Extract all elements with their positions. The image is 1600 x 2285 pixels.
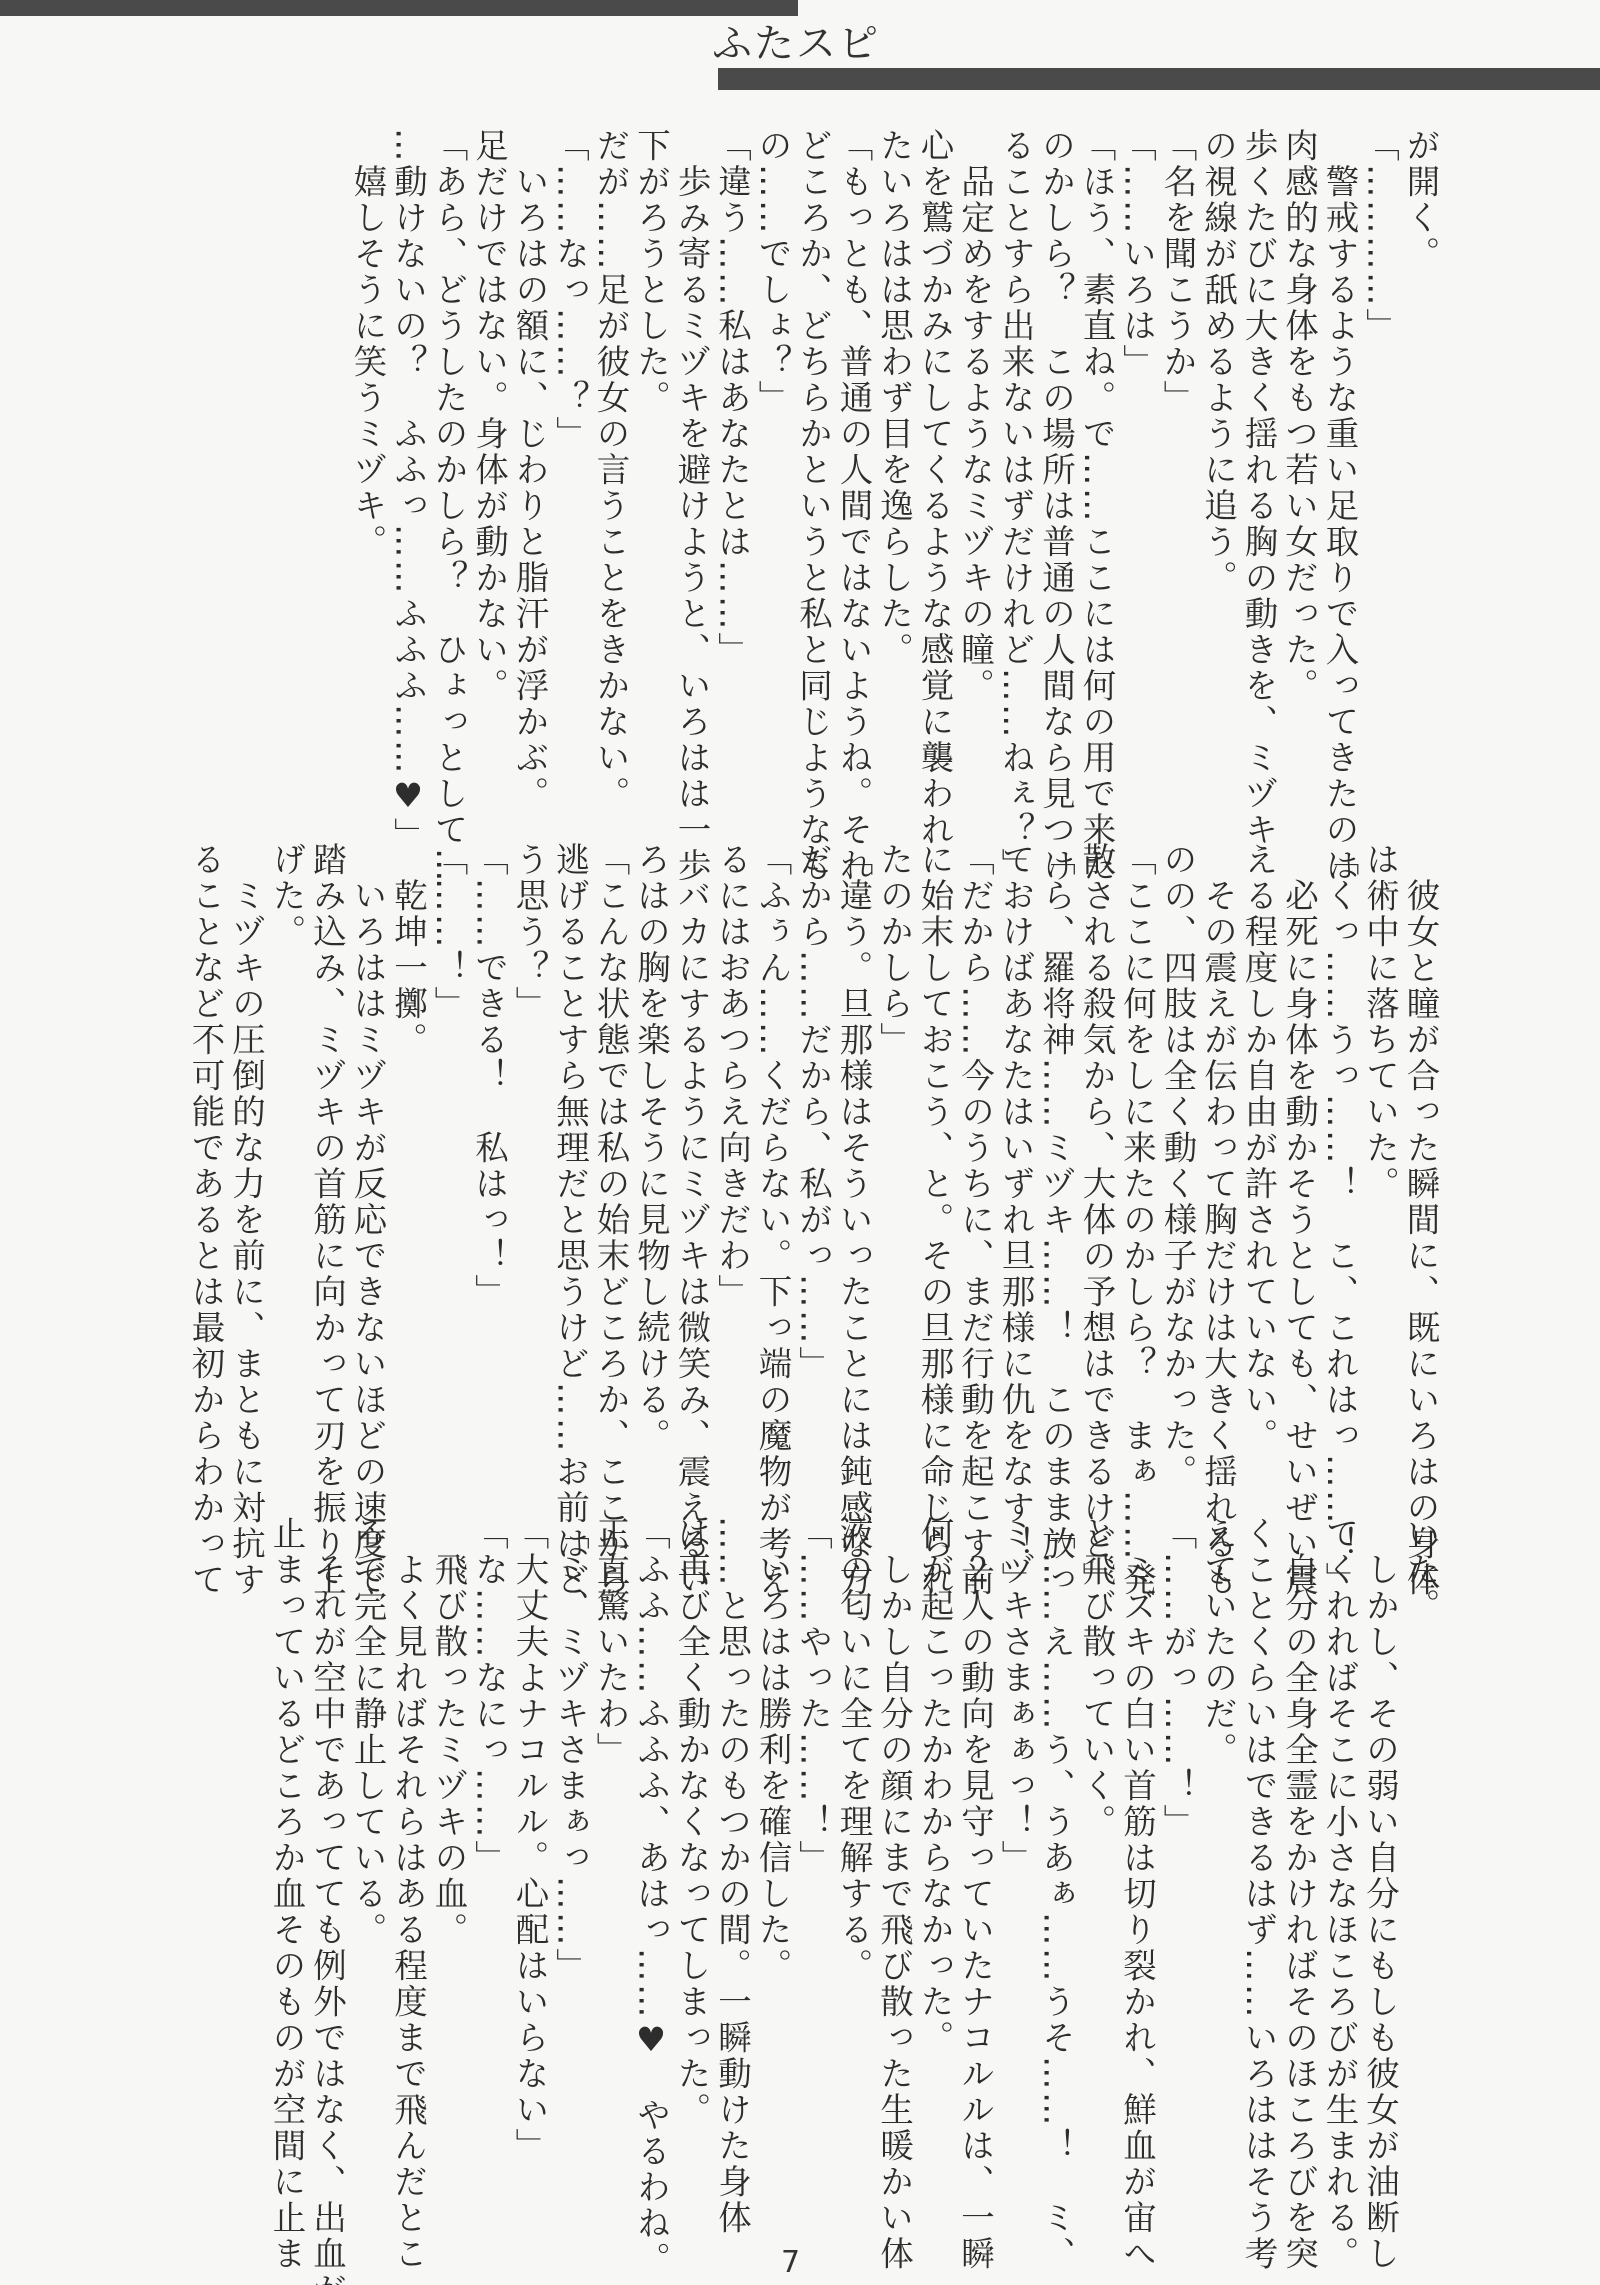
text-line: 彼女と瞳が合った瞬間に、既にいろはの身体 (1400, 842, 1441, 1462)
text-line: 「……できる！ 私はっ！」 (468, 842, 509, 1462)
text-line: と飛び散っていく。 (1076, 1516, 1117, 2136)
text-line: 警戒するような重い足取りで入ってきたのは (1319, 128, 1360, 788)
text-line: 止まっているどころか血そのものが空間に止ま (266, 1516, 307, 2136)
text-tier-middle: 彼女と瞳が合った瞬間に、既にいろはの身体は術中に落ちていた。「くっ……うっ……！… (185, 842, 1441, 1462)
text-line: 「…………」 (1359, 128, 1400, 788)
text-line: いろはは勝利を確信した。 (752, 1516, 793, 2136)
text-line: ミズキの白い首筋は切り裂かれ、鮮血が宙へ (1116, 1516, 1157, 2136)
text-line: 飛び散ったミヅキの血。 (428, 1516, 469, 2136)
text-line: の視線が舐めるように追う。 (1197, 128, 1238, 788)
text-line: その震えが伝わって胸だけは大きく揺れるも (1197, 842, 1238, 1462)
text-line: だから……だから、私がっ……」 (792, 842, 833, 1462)
text-line: 正直驚いたわ」 (590, 1516, 631, 2136)
text-line: に始末しておこう、と。その旦那様に命じられ (914, 842, 955, 1462)
text-line: バカにするようにミヅキは微笑み、震えるい (671, 842, 712, 1462)
text-line: 嬉しそうに笑うミヅキ。 (347, 128, 388, 788)
text-line: 心を鷲づかみにしてくるような感覚に襲われ (914, 128, 955, 788)
text-line: 「……がっ……！」 (1157, 1516, 1198, 2136)
text-line: 液の匂いに全てを理解する。 (833, 1516, 874, 2136)
text-line: 「もっとも、普通の人間ではないようね。それ (833, 128, 874, 788)
text-line: のの、四肢は全く動く様子がなかった。 (1157, 842, 1198, 1462)
text-line: 「あら、どうしたのかしら？ ひょっとして… (428, 128, 469, 788)
text-tier-top: が開く。「…………」 警戒するような重い足取りで入ってきたのは肉感的な身体をもつ… (347, 128, 1441, 788)
text-line: 「……いろは」 (1116, 128, 1157, 788)
text-line: 「ふふ……ふふふ、あはっ……♥ やるわね。 (630, 1516, 671, 2136)
text-line: は術中に落ちていた。 (1359, 842, 1400, 1462)
text-line: える程度しか自由が許されていない。 (1238, 842, 1279, 1462)
text-line: 「ら、羅将神……ミヅキ……！ このまま放っ (1035, 842, 1076, 1462)
text-line: は再び全く動かなくなってしまった。 (671, 1516, 712, 2136)
page-header-title: ふたスピ (712, 22, 880, 66)
text-line: ……と思ったのもつかの間。一瞬動けた身体 (711, 1516, 752, 2136)
text-line: ２人の動向を見守っていたナコルルは、一瞬 (954, 1516, 995, 2136)
page-number: 7 (781, 2245, 800, 2280)
text-line: たのかしら」 (873, 842, 914, 1462)
text-line: 歩み寄るミヅキを避けようと、いろはは一歩 (671, 128, 712, 788)
text-line: 「大丈夫よナコルル。心配はいらない」 (509, 1516, 550, 2136)
text-line: 品定めをするようなミヅキの瞳。 (954, 128, 995, 788)
text-line: しかし自分の顔にまで飛び散った生暖かい体 (873, 1516, 914, 2136)
text-line: 歩くたびに大きく揺れる胸の動きを、ミヅキ (1238, 128, 1279, 788)
text-line: が開く。 (1400, 128, 1441, 788)
text-line: 踏み込み、ミヅキの首筋に向かって刃を振り上 (306, 842, 347, 1462)
text-line: の……でしょ？」 (752, 128, 793, 788)
top-decorative-bar (0, 0, 798, 16)
text-line: ミヅキさまぁぁっ！」 (995, 1516, 1036, 2136)
text-line: 自分の全身全霊をかければそのほころびを突 (1278, 1516, 1319, 2136)
text-line: たいろはは思わず目を逸らした。 (873, 128, 914, 788)
text-line: いろははミヅキが反応できないほどの速度で (347, 842, 388, 1462)
text-line: いろはの額に、じわりと脂汗が浮かぶ。 (509, 128, 550, 788)
text-line: 逃げることすら無理だと思うけど……お前はど (549, 842, 590, 1462)
text-line: それが空中であってても例外ではなく、出血が (306, 1516, 347, 2136)
text-line: どころか、どちらかというと私と同じようなも (792, 128, 833, 788)
text-line: ろで完全に静止している。 (347, 1516, 388, 2136)
text-line: ておけばあなたはいずれ旦那様に仇をなす！」 (995, 842, 1036, 1462)
text-line: げた。 (266, 842, 307, 1462)
text-line: 「……！」 (428, 842, 469, 1462)
text-line: 「な……なにっ……」 (468, 1516, 509, 2136)
text-line: よく見ればそれらはある程度まで飛んだとこ (387, 1516, 428, 2136)
text-line: てくれればそこに小さなほころびが生まれる。 (1319, 1516, 1360, 2136)
text-line: だが……足が彼女の言うことをきかない。 (590, 128, 631, 788)
text-line: 乾坤一擲。 (387, 842, 428, 1462)
text-line: 「……やった……！」 (792, 1516, 833, 2136)
text-line: えていたのだ。 (1197, 1516, 1238, 2136)
text-line: 「ミ、ミヅキさまぁっ……」 (549, 1516, 590, 2136)
text-line: 「……なっ……？」 (549, 128, 590, 788)
text-tier-bottom: いた。 しかし、その弱い自分にもしも彼女が油断してくれればそこに小さなほころびが… (266, 1516, 1441, 2136)
text-line: 「名を聞こうか」 (1157, 128, 1198, 788)
text-line: のかしら？ この場所は普通の人間なら見つけ (1035, 128, 1076, 788)
text-line: 「……え……う、うあぁ……うそ……！ ミ、 (1035, 1516, 1076, 2136)
text-line: う思う？」 (509, 842, 550, 1462)
text-line: くことくらいはできるはず……いろははそう考 (1238, 1516, 1279, 2136)
text-line: 「違う……私はあなたとは……」 (711, 128, 752, 788)
text-line: 「だから……今のうちに、まだ行動を起こす前 (954, 842, 995, 1462)
text-line: ミヅキの圧倒的な力を前に、まともに対抗す (225, 842, 266, 1462)
text-line: ることすら出来ないはずだけれど……ねぇ？」 (995, 128, 1036, 788)
text-line: ろはの胸を楽しそうに見物し続ける。 (630, 842, 671, 1462)
text-line: しかし、その弱い自分にもしも彼女が油断し (1359, 1516, 1400, 2136)
text-line: 「ほう、素直ね。で……ここには何の用で来た (1076, 128, 1117, 788)
text-line: ることなど不可能であるとは最初からわかって (185, 842, 226, 1462)
text-line: 「くっ……うっ……！ こ、これはっ……！」 (1319, 842, 1360, 1462)
text-line: 足だけではない。身体が動かない。 (468, 128, 509, 788)
text-line: 下がろうとした。 (630, 128, 671, 788)
text-line: 肉感的な身体をもつ若い女だった。 (1278, 128, 1319, 788)
text-line: 何が起こったかわからなかった。 (914, 1516, 955, 2136)
text-line: 必死に身体を動かそうとしても、せいぜい震 (1278, 842, 1319, 1462)
text-line: 「こんな状態では私の始末どころか、ここから (590, 842, 631, 1462)
text-line: 「違う。旦那様はそういったことには鈍感な方 (833, 842, 874, 1462)
header-decorative-bar (718, 68, 1600, 90)
text-line: るにはおあつらえ向きだわ」 (711, 842, 752, 1462)
text-line: いた。 (1400, 1516, 1441, 2136)
text-line: 「ここに何をしに来たのかしら？ まぁ……発 (1116, 842, 1157, 1462)
text-line: 散される殺気から、大体の予想はできるけど」 (1076, 842, 1117, 1462)
text-line: 「ふぅん……くだらない。下っ端の魔物が考え (752, 842, 793, 1462)
text-line: …動けないの？ ふふっ……ふふふ……♥」 (387, 128, 428, 788)
